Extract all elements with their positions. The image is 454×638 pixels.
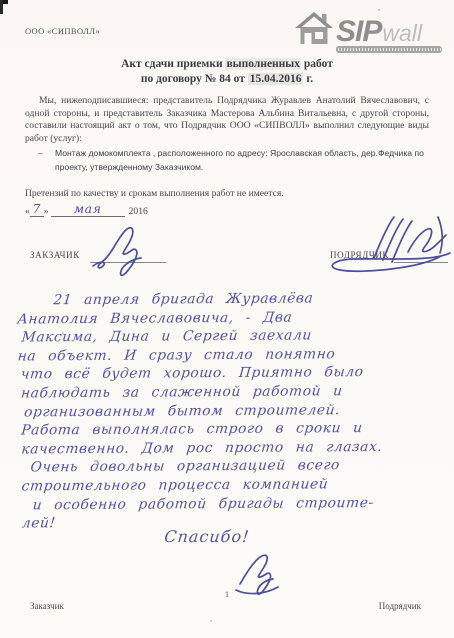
scan-artifact-edge xyxy=(0,0,3,14)
handwritten-day: 7 xyxy=(30,202,44,217)
sipwall-logo: SIP wall xyxy=(294,10,446,58)
handwriting-line: наблюдать за слаженной работой и xyxy=(20,382,447,404)
work-item-text: Монтаж домокомплекта , расположенного по… xyxy=(55,147,426,175)
logo-text-wall: wall xyxy=(382,20,422,46)
handwriting-line: строительного процесса компанией xyxy=(21,475,448,497)
customer-signature-label: ЗАКЗАЧИК xyxy=(30,250,80,260)
no-claims-statement: Претензий по качеству и срокам выполнени… xyxy=(25,188,284,199)
highlighted-date: 15.04.2016 xyxy=(248,73,304,85)
document-title: Акт сдачи приемки выполненных работ по д… xyxy=(0,57,454,87)
quote-close: » xyxy=(44,206,49,217)
work-item: – Монтаж домокомплекта , расположенного … xyxy=(38,147,426,175)
intro-paragraph: Мы, нижеподписавшиеся: представитель Под… xyxy=(25,95,429,146)
title-line-2: по договору № 84 от 15.04.2016 г. xyxy=(0,72,454,87)
date-line: «7»мая2016 xyxy=(25,201,148,217)
handwritten-thanks: Спасибо! xyxy=(0,527,415,546)
customer-signature xyxy=(88,222,166,280)
date-year: 2016 xyxy=(129,206,148,217)
handwriting-line: 21 апреля бригада Журавлёва xyxy=(52,289,446,310)
list-dash: – xyxy=(38,147,55,175)
handwritten-month: мая xyxy=(51,201,125,217)
handwritten-review: 21 апреля бригада Журавлёва Анатолия Вяч… xyxy=(13,289,447,534)
footer-contractor-label: Подрядчик xyxy=(379,601,421,611)
footer-customer-label: Заказчик xyxy=(30,601,64,611)
company-name: ООО «СИПВОЛЛ» xyxy=(25,26,100,36)
title-line-1: Акт сдачи приемки выполненных работ xyxy=(0,57,454,72)
highlighted-word: выполненных xyxy=(225,58,301,70)
house-icon xyxy=(294,10,334,46)
scanned-document-page: ООО «СИПВОЛЛ» SIP wall Акт сдачи приемки… xyxy=(0,0,454,638)
scan-speck xyxy=(210,620,212,622)
page-number: 1 xyxy=(0,589,454,599)
contractor-signature xyxy=(322,212,454,280)
logo-text-sip: SIP xyxy=(336,18,381,46)
